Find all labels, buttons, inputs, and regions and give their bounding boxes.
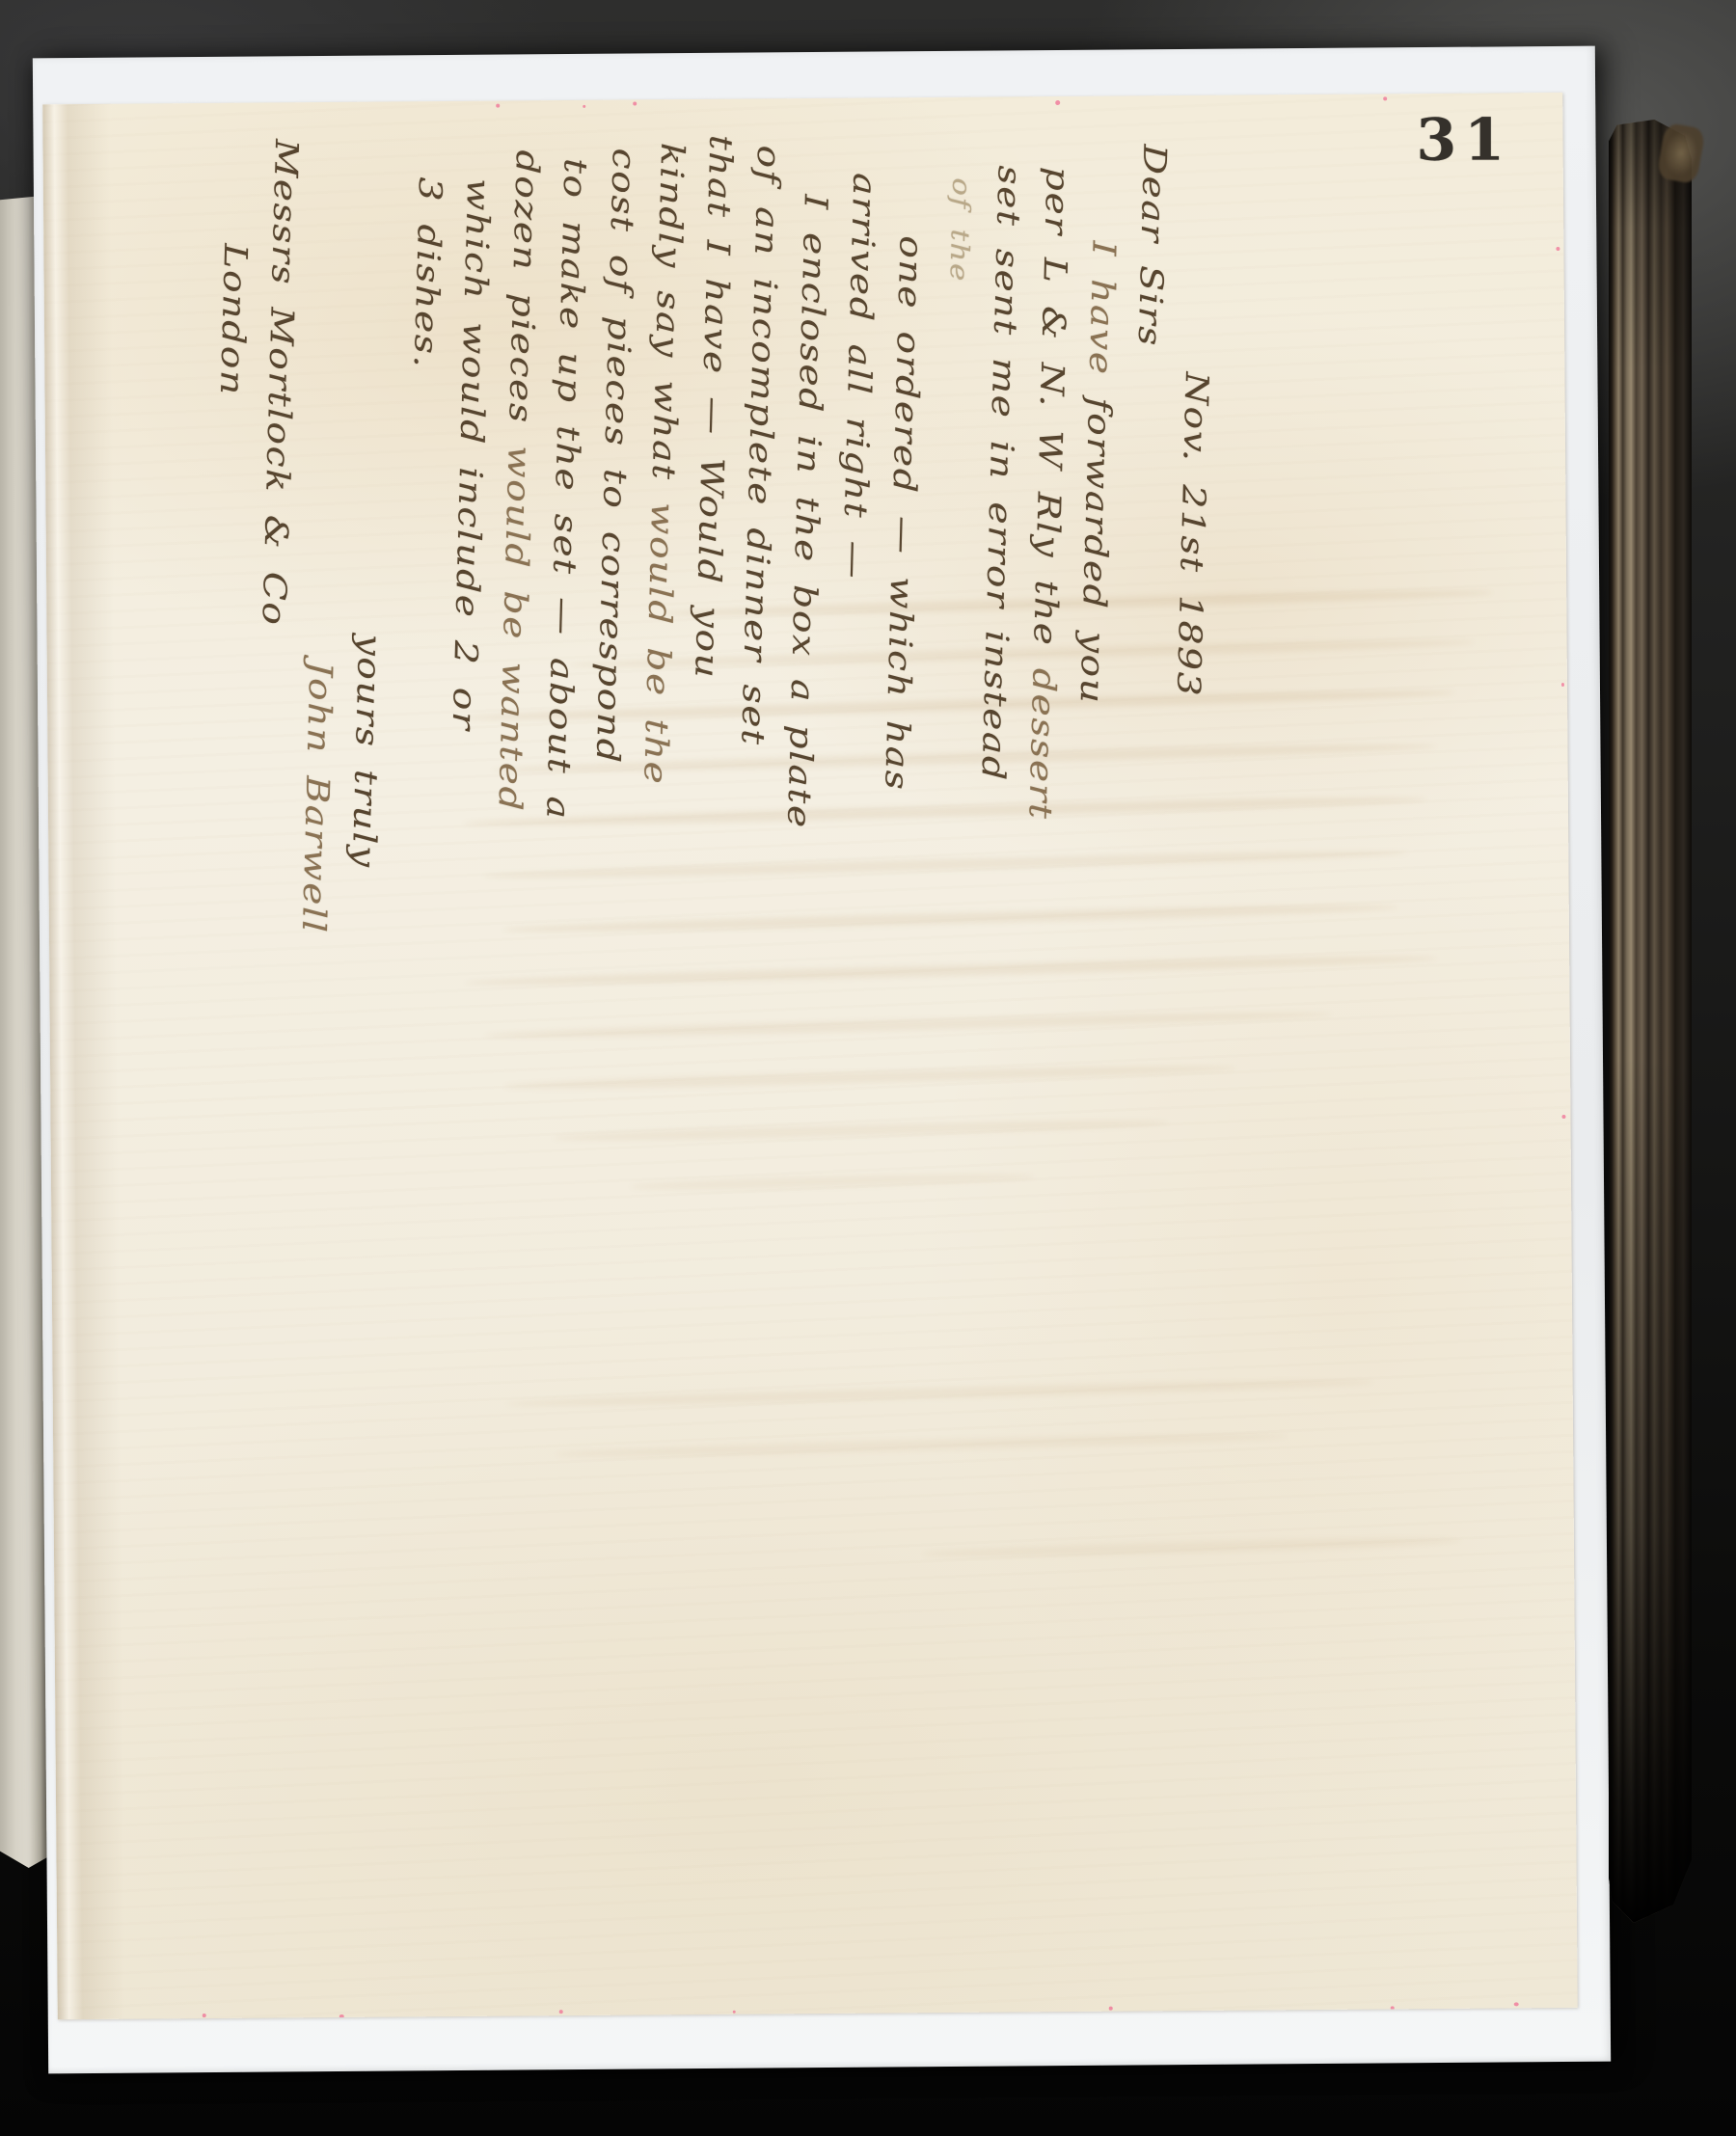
album-mount-page: 31 Nov. 21st 1893Dear SirsI have forward… — [33, 46, 1611, 2074]
letter-line-segment: dozen pieces — [502, 149, 547, 446]
book-fore-edge-stack — [1609, 120, 1692, 1923]
handwritten-letter: Nov. 21st 1893Dear SirsI have forwarded … — [165, 112, 1228, 1288]
letter-line-segment: kindly say what — [644, 142, 692, 502]
letter-line-segment: would be the — [637, 502, 682, 786]
page-number-stamp: 31 — [1417, 107, 1533, 175]
fore-edge-shading — [1609, 120, 1692, 1923]
letter-line-segment: dessert — [1021, 668, 1063, 822]
letter-line-segment: forwarded you — [1073, 397, 1120, 706]
letter-line-segment: I have — [1081, 240, 1123, 397]
letter-line-segment: would be wanted — [491, 446, 538, 813]
letter-page: 31 Nov. 21st 1893Dear SirsI have forward… — [42, 93, 1578, 2019]
letter-line-segment: per L & N. W Rly the — [1026, 166, 1077, 668]
